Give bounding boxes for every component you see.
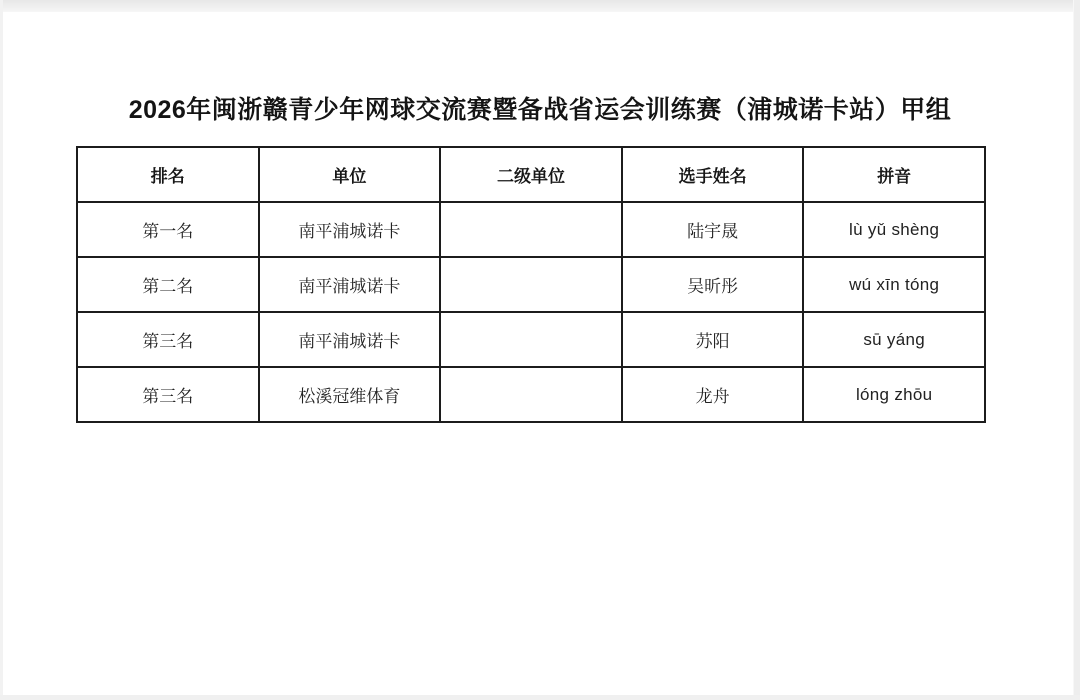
sub-unit-cell bbox=[440, 312, 622, 367]
table-row: 第三名 松溪冠维体育 龙舟 lóng zhōu bbox=[77, 367, 985, 422]
page-edge-top bbox=[0, 0, 1080, 12]
player-name-cell: 苏阳 bbox=[622, 312, 804, 367]
sub-unit-cell bbox=[440, 257, 622, 312]
column-header-sub-unit: 二级单位 bbox=[440, 147, 622, 202]
column-header-pinyin: 拼音 bbox=[803, 147, 985, 202]
page-title: 2026年闽浙赣青少年网球交流赛暨备战省运会训练赛（浦城诺卡站）甲组 bbox=[0, 90, 1080, 126]
table-row: 第二名 南平浦城诺卡 吴昕彤 wú xīn tóng bbox=[77, 257, 985, 312]
player-name-cell: 陆宇晟 bbox=[622, 202, 804, 257]
rank-cell: 第三名 bbox=[77, 312, 259, 367]
table-row: 第三名 南平浦城诺卡 苏阳 sū yáng bbox=[77, 312, 985, 367]
sub-unit-cell bbox=[440, 367, 622, 422]
unit-cell: 南平浦城诺卡 bbox=[259, 312, 441, 367]
results-table: 排名 单位 二级单位 选手姓名 拼音 第一名 南平浦城诺卡 陆宇晟 lù yǔ … bbox=[76, 146, 986, 423]
rank-cell: 第一名 bbox=[77, 202, 259, 257]
pinyin-cell: wú xīn tóng bbox=[803, 257, 985, 312]
rank-cell: 第三名 bbox=[77, 367, 259, 422]
rank-cell: 第二名 bbox=[77, 257, 259, 312]
column-header-unit: 单位 bbox=[259, 147, 441, 202]
unit-cell: 松溪冠维体育 bbox=[259, 367, 441, 422]
player-name-cell: 吴昕彤 bbox=[622, 257, 804, 312]
player-name-cell: 龙舟 bbox=[622, 367, 804, 422]
column-header-player-name: 选手姓名 bbox=[622, 147, 804, 202]
unit-cell: 南平浦城诺卡 bbox=[259, 257, 441, 312]
page-edge-bottom bbox=[0, 695, 1080, 700]
pinyin-cell: lóng zhōu bbox=[803, 367, 985, 422]
document-page: 2026年闽浙赣青少年网球交流赛暨备战省运会训练赛（浦城诺卡站）甲组 排名 单位… bbox=[0, 0, 1080, 700]
column-header-rank: 排名 bbox=[77, 147, 259, 202]
table-row: 第一名 南平浦城诺卡 陆宇晟 lù yǔ shèng bbox=[77, 202, 985, 257]
table-header-row: 排名 单位 二级单位 选手姓名 拼音 bbox=[77, 147, 985, 202]
pinyin-cell: lù yǔ shèng bbox=[803, 202, 985, 257]
pinyin-cell: sū yáng bbox=[803, 312, 985, 367]
sub-unit-cell bbox=[440, 202, 622, 257]
unit-cell: 南平浦城诺卡 bbox=[259, 202, 441, 257]
